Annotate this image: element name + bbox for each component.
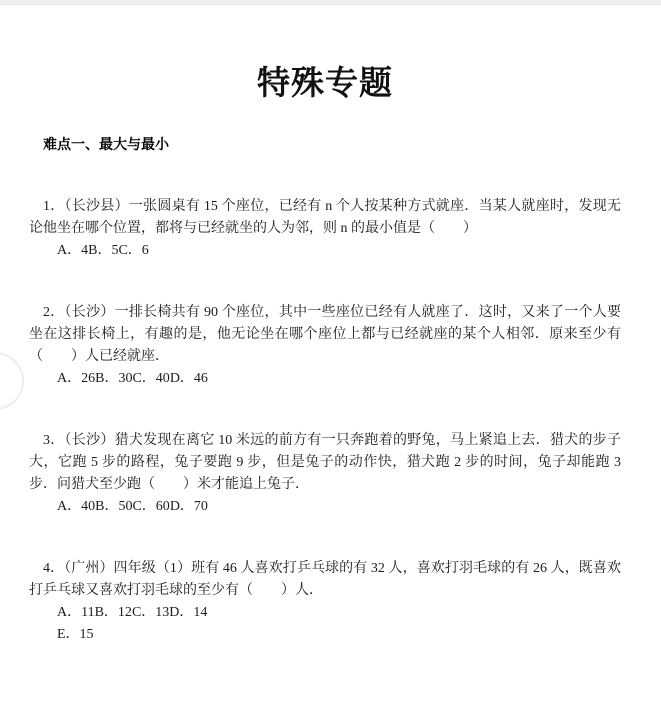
option: B．5: [88, 243, 118, 258]
option: D．46: [170, 371, 208, 386]
section-heading: 难点一、最大与最小: [29, 134, 621, 154]
option: C．6: [118, 243, 148, 258]
problem-3: 3．（长沙）猎犬发现在离它 10 米远的前方有一只奔跑着的野兔，马上紧追上去．猎…: [29, 430, 621, 518]
option: C．60: [132, 499, 169, 514]
problem-2-text: 2．（长沙）一排长椅共有 90 个座位，其中一些座位已经有人就座了．这时，又来了…: [29, 302, 621, 368]
problem-4-option-e: E．15: [29, 624, 621, 646]
option: C．13: [132, 605, 169, 620]
option: E．15: [57, 627, 94, 642]
option: D．14: [169, 605, 207, 620]
option: A．11: [57, 605, 95, 620]
option: A．26: [57, 371, 95, 386]
option: A．40: [57, 499, 95, 514]
problem-1-text: 1．（长沙县）一张圆桌有 15 个座位，已经有 n 个人按某种方式就座．当某人就…: [29, 196, 621, 240]
page-title: 特殊专题: [29, 64, 621, 104]
problem-4-text: 4．（广州）四年级（1）班有 46 人喜欢打乒乓球的有 32 人，喜欢打羽毛球的…: [29, 558, 621, 602]
problem-3-options: A．40B．50C．60D．70: [29, 496, 621, 518]
option: D．70: [170, 499, 208, 514]
option: B．30: [95, 371, 132, 386]
option: B．50: [95, 499, 132, 514]
problem-1: 1．（长沙县）一张圆桌有 15 个座位，已经有 n 个人按某种方式就座．当某人就…: [29, 196, 621, 262]
option: C．40: [132, 371, 169, 386]
problem-3-text: 3．（长沙）猎犬发现在离它 10 米远的前方有一只奔跑着的野兔，马上紧追上去．猎…: [29, 430, 621, 496]
problem-4: 4．（广州）四年级（1）班有 46 人喜欢打乒乓球的有 32 人，喜欢打羽毛球的…: [29, 558, 621, 646]
problem-4-options: A．11B．12C．13D．14: [29, 602, 621, 624]
problem-1-options: A．4B．5C．6: [29, 240, 621, 262]
option: B．12: [95, 605, 132, 620]
problem-2: 2．（长沙）一排长椅共有 90 个座位，其中一些座位已经有人就座了．这时，又来了…: [29, 302, 621, 390]
option: A．4: [57, 243, 88, 258]
document-page: 特殊专题 难点一、最大与最小 1．（长沙县）一张圆桌有 15 个座位，已经有 n…: [0, 0, 661, 646]
problem-2-options: A．26B．30C．40D．46: [29, 368, 621, 390]
document-viewport: 特殊专题 难点一、最大与最小 1．（长沙县）一张圆桌有 15 个座位，已经有 n…: [0, 0, 661, 722]
